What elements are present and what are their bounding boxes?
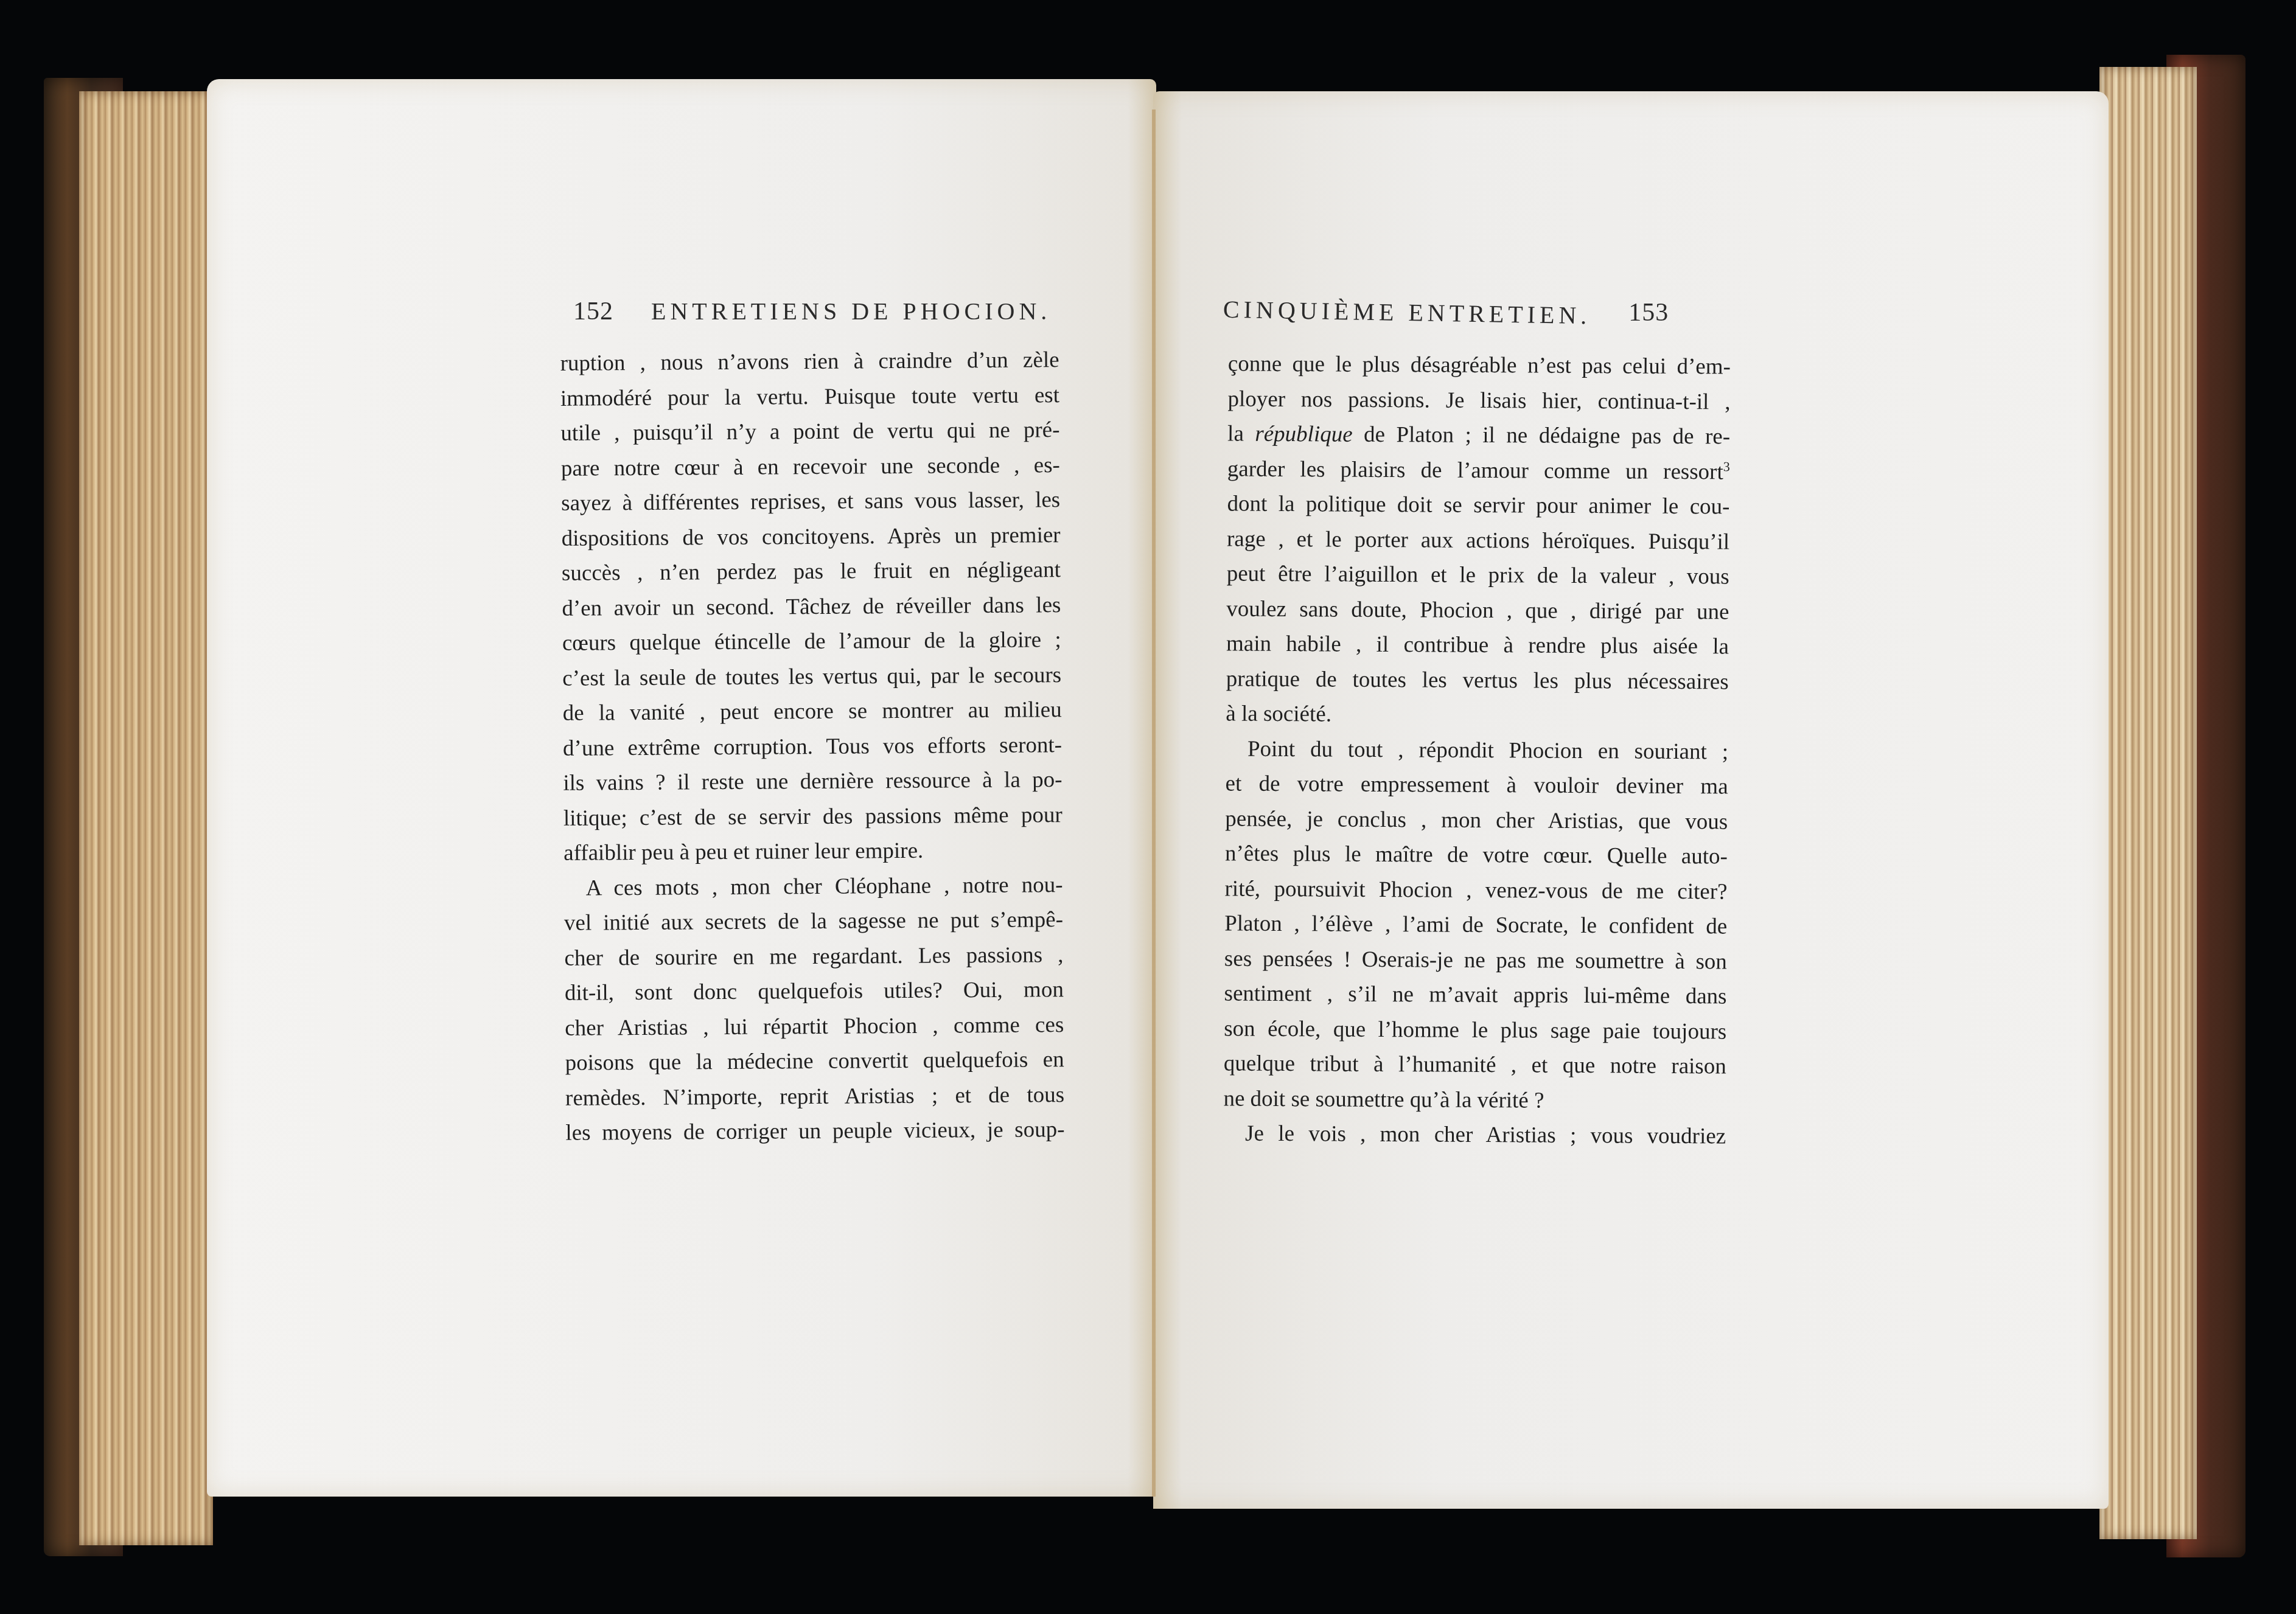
text-line: pratique de toutes les vertus les plus n…: [1226, 661, 1729, 700]
text-line: Platon , l’élève , l’ami de Socrate, le …: [1224, 906, 1727, 944]
text-line: affaiblir peu à peu et ruiner leur empir…: [564, 832, 1063, 871]
text-line: rage , et le porter aux actions héroïque…: [1227, 521, 1729, 560]
text-line: pare notre cœur à en recevoir une second…: [561, 448, 1060, 486]
paragraph-start-line: Point du tout , répondit Phocion en sour…: [1226, 731, 1728, 770]
paragraph-start-line: A ces mots , mon cher Cléophane , notre …: [564, 868, 1063, 906]
text-line: ruption , nous n’avons rien à craindre d…: [560, 343, 1059, 381]
text-line: dit-il, sont donc quelquefois utiles? Ou…: [565, 972, 1064, 1010]
text-line: çonne que le plus désagréable n’est pas …: [1228, 346, 1731, 384]
text-line: ployer nos passions. Je lisais hier, con…: [1227, 381, 1730, 420]
text-line: sayez à différentes reprises, et sans vo…: [561, 482, 1060, 521]
text-line: succès , n’en perdez pas le fruit en nég…: [562, 552, 1061, 591]
footnote-marker: 3: [1723, 459, 1730, 474]
text-line: à la société.: [1226, 696, 1728, 734]
right-running-title: CINQUIÈME ENTRETIEN.: [1223, 295, 1591, 330]
text-line: voulez sans doute, Phocion , que , dirig…: [1226, 591, 1729, 630]
text-line: la république de Platon ; il ne dédaigne…: [1227, 416, 1730, 454]
text-line: cher de sourire en me regardant. Les pas…: [564, 937, 1063, 976]
left-running-head: 152 ENTRETIENS DE PHOCION.: [573, 297, 1051, 326]
text-line: c’est la seule de toutes les vertus qui,…: [562, 658, 1061, 696]
text-line: quelque tribut à l’humanité , et que not…: [1224, 1046, 1726, 1084]
left-page-edges: [79, 91, 213, 1545]
text-line: son école, que l’homme le plus sage paie…: [1224, 1011, 1726, 1049]
right-running-head: CINQUIÈME ENTRETIEN. 153: [1223, 298, 1669, 327]
text-line: immodéré pour la vertu. Puisque toute ve…: [560, 378, 1059, 416]
text-fragment: garder les plaisirs de l’amour comme un …: [1227, 456, 1723, 484]
text-line: dispositions de vos concitoyens. Après u…: [561, 518, 1060, 556]
left-page-number: 152: [573, 297, 613, 325]
right-page-edges: [2099, 67, 2197, 1539]
right-page-number: 153: [1628, 299, 1669, 327]
text-line: d’une extrême corruption. Tous vos effor…: [563, 728, 1062, 766]
text-line: rité, poursuivit Phocion , venez-vous de…: [1224, 871, 1727, 910]
text-line: sentiment , s’il ne m’avait appris lui-m…: [1224, 976, 1726, 1014]
text-line: les moyens de corriger un peuple vicieux…: [565, 1112, 1064, 1150]
text-line: cœurs quelque étincelle de l’amour de la…: [562, 622, 1061, 661]
text-line: garder les plaisirs de l’amour comme un …: [1227, 451, 1730, 490]
text-line: vel initié aux secrets de la sagesse ne …: [564, 902, 1063, 941]
text-line: et de votre empressement à vouloir devin…: [1225, 766, 1728, 804]
text-line: peut être l’aiguillon et le prix de la v…: [1227, 556, 1729, 594]
text-line: de la vanité , peut encore se montrer au…: [562, 692, 1061, 731]
paragraph-start-line: Je le vois , mon cher Aristias ; vous vo…: [1223, 1116, 1726, 1154]
left-running-title: ENTRETIENS DE PHOCION.: [651, 297, 1051, 325]
text-line: poisons que la médecine convertit quelqu…: [565, 1042, 1064, 1080]
left-body-text: ruption , nous n’avons rien à craindre d…: [560, 343, 1064, 1150]
text-line: n’êtes plus le maître de votre cœur. Que…: [1225, 836, 1728, 874]
text-line: d’en avoir un second. Tâchez de réveille…: [562, 588, 1061, 626]
text-fragment: de Platon ; il ne dédaigne pas de re-: [1353, 422, 1731, 450]
text-line: utile , puisqu’il n’y a point de vertu q…: [560, 412, 1059, 451]
text-line: remèdes. N’importe, reprit Aristias ; et…: [565, 1077, 1064, 1116]
text-line: cher Aristias , lui répartit Phocion , c…: [565, 1007, 1064, 1046]
text-line: ils vains ? il reste une dernière ressou…: [563, 762, 1062, 801]
text-fragment: la: [1227, 421, 1255, 446]
text-line: dont la politique doit se servir pour an…: [1227, 486, 1729, 524]
text-line: pensée, je conclus , mon cher Aristias, …: [1225, 801, 1728, 840]
right-body-text: çonne que le plus désagréable n’est pas …: [1223, 346, 1731, 1154]
text-line: ses pensées ! Oserais-je ne pas me soume…: [1224, 941, 1727, 979]
text-line: ne doit se soumettre qu’à la vérité ?: [1223, 1081, 1726, 1119]
open-book: 152 ENTRETIENS DE PHOCION. CINQUIÈME ENT…: [0, 0, 2296, 1614]
italic-title-republique: république: [1255, 422, 1353, 447]
text-line: main habile , il contribue à rendre plus…: [1226, 626, 1729, 664]
text-line: litique; c’est de se servir des passions…: [564, 798, 1063, 836]
book-gutter: [1152, 110, 1156, 1497]
